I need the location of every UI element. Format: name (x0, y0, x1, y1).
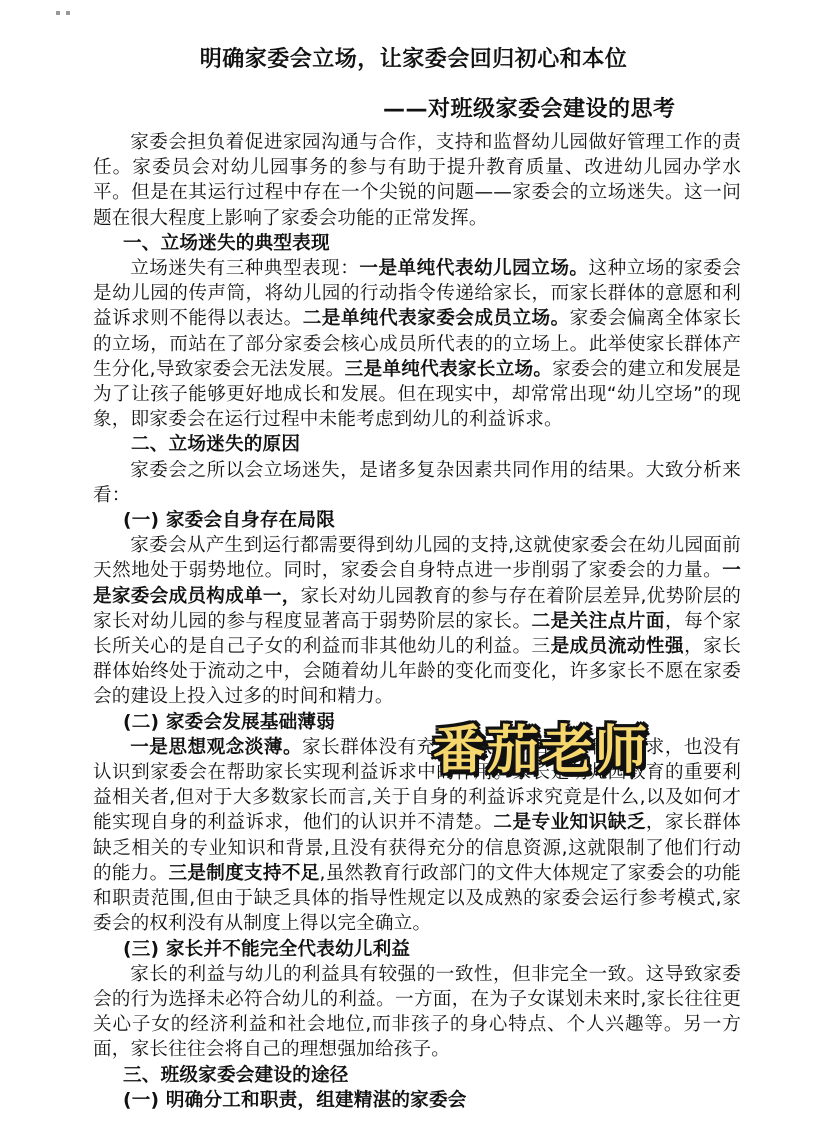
section3-heading: 三、班级家委会建设的途径 (93, 1063, 741, 1088)
text-run: 立场迷失有三种典型表现： (130, 258, 359, 279)
watermark-text: 番茄老师 (433, 708, 649, 783)
section2-intro: 家委会之所以会立场迷失，是诸多复杂因素共同作用的结果。大致分析来看： (93, 458, 741, 508)
intro-paragraph: 家委会担负着促进家园沟通与合作，支持和监督幼儿园做好管理工作的责任。家委员会对幼… (93, 130, 741, 231)
scan-artifact (56, 0, 78, 4)
section1-heading: 一、立场迷失的典型表现 (93, 231, 741, 256)
section2-sub3-paragraph: 家长的利益与幼儿的利益具有较强的一致性，但非完全一致。这导致家委会的行为选择未必… (93, 962, 741, 1063)
document-page: 明确家委会立场，让家委会回归初心和本位 ——对班级家委会建设的思考 家委会担负着… (0, 0, 827, 1126)
bold-point-1: 一是单纯代表幼儿园立场。 (359, 258, 588, 279)
bold-point-2: 二是单纯代表家委会成员立场。 (303, 308, 570, 329)
document-title: 明确家委会立场，让家委会回归初心和本位 (0, 42, 827, 73)
section2-sub3-heading: (三) 家长并不能完全代表幼儿利益 (93, 937, 741, 962)
bold-point-3: 三是制度支持不足 (169, 863, 320, 884)
bold-point-3: 三是单纯代表家长立场。 (345, 359, 553, 380)
document-body: 家委会担负着促进家园沟通与合作，支持和监督幼儿园做好管理工作的责任。家委员会对幼… (93, 130, 741, 1113)
bold-point-1: 一是思想观念淡薄。 (130, 737, 302, 758)
section2-sub1-heading: (一) 家委会自身存在局限 (93, 508, 741, 533)
section2-heading: 二、立场迷失的原因 (93, 432, 741, 457)
bold-point-2: 二是专业知识缺乏 (493, 812, 646, 833)
section2-sub1-paragraph: 家委会从产生到运行都需要得到幼儿园的支持,这就使家委会在幼儿园面前天然地处于弱势… (93, 533, 741, 709)
document-subtitle: ——对班级家委会建设的思考 (383, 92, 676, 123)
section1-paragraph: 立场迷失有三种典型表现：一是单纯代表幼儿园立场。这种立场的家委会是幼儿园的传声筒… (93, 256, 741, 432)
text-run: 家委会从产生到运行都需要得到幼儿园的支持,这就使家委会在幼儿园面前天然地处于弱势… (93, 535, 741, 581)
bold-point-3: 是成员流动性强 (551, 636, 684, 657)
section3-sub1-heading: (一) 明确分工和职责，组建精湛的家委会 (93, 1088, 741, 1113)
bold-point-2: 二是关注点片面 (532, 611, 665, 632)
